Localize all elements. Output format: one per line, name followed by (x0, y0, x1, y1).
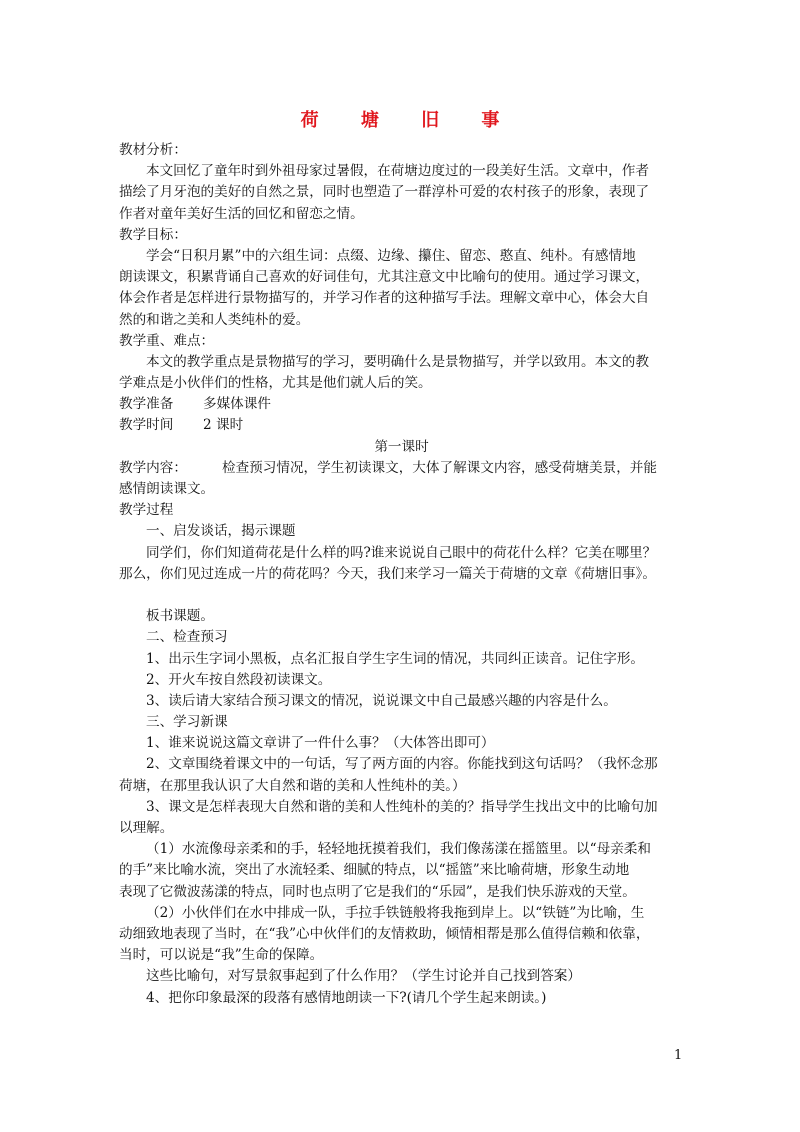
paragraph-line: 当时，可以说是“我”生命的保障。 (119, 945, 684, 966)
paragraph-line: 3、课文是怎样表现大自然和谐的美和人性纯朴的美的？指导学生找出文中的比喻句加 (119, 797, 684, 818)
paragraph-line: 朗读课文，积累背诵自己喜欢的好词佳句，尤其注意文中比喻句的使用。通过学习课文， (119, 267, 684, 288)
paragraph-line: 学难点是小伙伴们的性格，尤其是他们就人后的笑。 (119, 373, 684, 394)
teaching-prep-row: 教学准备多媒体课件 (119, 394, 684, 415)
paragraph-line: （2）小伙伴们在水中排成一队，手拉手铁链般将我拖到岸上。以“铁链”为比喻，生 (119, 903, 684, 924)
paragraph-line: 那么，你们见过连成一片的荷花吗？今天，我们来学习一篇关于荷塘的文章《荷塘旧事》。 (119, 564, 684, 585)
blank-line (119, 585, 684, 606)
paragraph-line: 本文回忆了童年时到外祖母家过暑假，在荷塘边度过的一段美好生活。文章中，作者 (119, 161, 684, 182)
paragraph-line: 动细致地表现了当时，在“我”心中伙伴们的友情救助，倾情相帮是那么值得信赖和依靠， (119, 924, 684, 945)
paragraph-line: （1）水流像母亲柔和的手，轻轻地抚摸着我们，我们像荡漾在摇篮里。以“母亲柔和 (119, 839, 684, 860)
document-body: 教材分析： 本文回忆了童年时到外祖母家过暑假，在荷塘边度过的一段美好生活。文章中… (119, 140, 684, 1009)
heading-teaching-goals: 教学目标： (119, 225, 684, 246)
paragraph-line: 作者对童年美好生活的回忆和留恋之情。 (119, 204, 684, 225)
section-heading: 一、启发谈话，揭示课题 (119, 521, 684, 542)
paragraph-line: 的手”来比喻水流，突出了水流轻柔、细腻的特点，以“摇篮”来比喻荷塘，形象生动地 (119, 860, 684, 881)
lesson-heading: 第一课时 (119, 437, 684, 458)
heading-key-points: 教学重、难点： (119, 331, 684, 352)
teaching-prep-value: 多媒体课件 (203, 396, 271, 412)
teaching-content-row: 教学内容：检查预习情况，学生初读课文，大体了解课文内容，感受荷塘美景，并能 (119, 458, 684, 479)
paragraph-line: 表现了它微波荡漾的特点，同时也点明了它是我们的“乐园”，是我们快乐游戏的天堂。 (119, 882, 684, 903)
paragraph-line: 4、把你印象最深的段落有感情地朗读一下?(请几个学生起来朗读。) (119, 988, 684, 1009)
document-page: 荷 塘 旧 事 教材分析： 本文回忆了童年时到外祖母家过暑假，在荷塘边度过的一段… (0, 0, 800, 1132)
teaching-content-value: 检查预习情况，学生初读课文，大体了解课文内容，感受荷塘美景，并能 (222, 460, 657, 476)
page-number: 1 (674, 1048, 682, 1063)
paragraph-line: 荷塘，在那里我认识了大自然和谐的美和人性纯朴的美。） (119, 776, 684, 797)
list-item: 1、出示生字词小黑板，点名汇报自学生字生词的情况，共同纠正读音。记住字形。 (119, 649, 684, 670)
paragraph-line: 板书课题。 (119, 606, 684, 627)
section-heading: 二、检查预习 (119, 627, 684, 648)
paragraph-line: 同学们，你们知道荷花是什么样的吗?谁来说说自己眼中的荷花什么样？它美在哪里？ (119, 543, 684, 564)
paragraph-line: 以理解。 (119, 818, 684, 839)
paragraph-line: 体会作者是怎样进行景物描写的，并学习作者的这种描写手法。理解文章中心，体会大自 (119, 288, 684, 309)
list-item: 2、开火车按自然段初读课文。 (119, 670, 684, 691)
paragraph-line: 然的和谐之美和人类纯朴的爱。 (119, 310, 684, 331)
paragraph-line: 1、谁来说说这篇文章讲了一件什么事？（大体答出即可） (119, 733, 684, 754)
heading-material-analysis: 教材分析： (119, 140, 684, 161)
paragraph-line: 2、文章围绕着课文中的一句话，写了两方面的内容。你能找到这句话吗？（我怀念那 (119, 754, 684, 775)
process-heading: 教学过程 (119, 500, 684, 521)
paragraph-line: 这些比喻句，对写景叙事起到了什么作用？（学生讨论并自己找到答案） (119, 966, 684, 987)
paragraph-line: 描绘了月牙泡的美好的自然之景，同时也塑造了一群淳朴可爱的农村孩子的形象，表现了 (119, 182, 684, 203)
teaching-time-row: 教学时间2 课时 (119, 415, 684, 436)
paragraph-line: 本文的教学重点是景物描写的学习，要明确什么是景物描写，并学以致用。本文的教 (119, 352, 684, 373)
list-item: 3、读后请大家结合预习课文的情况，说说课文中自己最感兴趣的内容是什么。 (119, 691, 684, 712)
paragraph-line: 学会“日积月累”中的六组生词：点缀、边缘、攥住、留恋、憨直、纯朴。有感情地 (119, 246, 684, 267)
teaching-time-value: 2 课时 (203, 417, 243, 433)
document-title: 荷 塘 旧 事 (0, 106, 800, 132)
section-heading: 三、学习新课 (119, 712, 684, 733)
paragraph-line: 感情朗读课文。 (119, 479, 684, 500)
teaching-prep-label: 教学准备 (119, 394, 203, 415)
teaching-content-label: 教学内容： (119, 458, 222, 479)
teaching-time-label: 教学时间 (119, 415, 203, 436)
